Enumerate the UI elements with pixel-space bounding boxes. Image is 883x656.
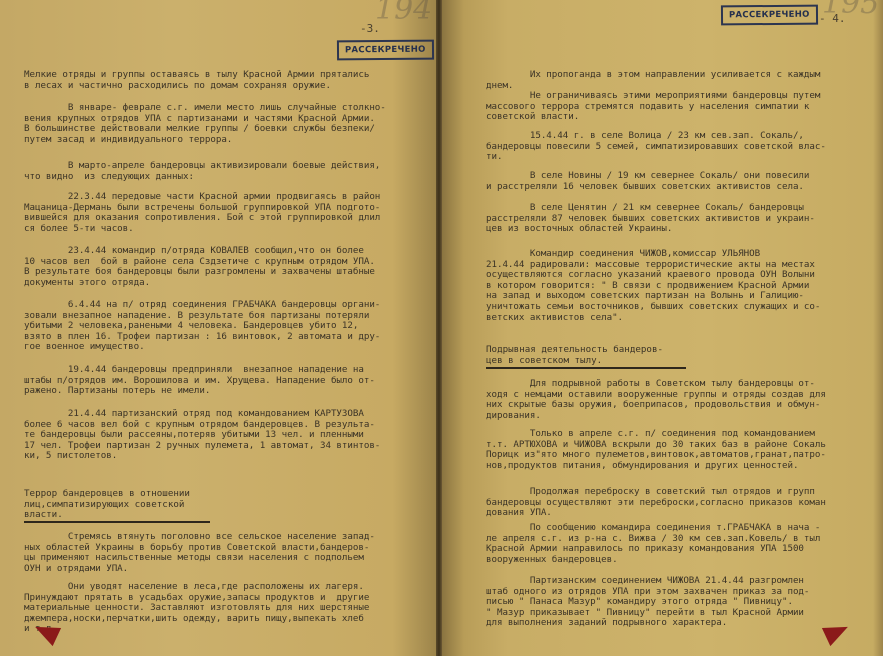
paragraph: Стремясь втянуть поголовно все сельское … xyxy=(24,532,375,574)
paragraph: В январе- феврале с.г. имели место лишь … xyxy=(24,103,386,145)
declassified-stamp: РАССЕКРЕЧЕНО xyxy=(721,5,818,26)
paragraph: 15.4.44 г. в селе Волица / 23 км сев.зап… xyxy=(486,131,826,163)
paragraph: В селе Новины / 19 км севернее Сокаль/ о… xyxy=(486,171,809,192)
paragraph: 19.4.44 бандеровцы предприняли внезапное… xyxy=(24,365,375,397)
page-number: - 4. xyxy=(819,12,846,25)
paragraph: Продолжая переброску в советский тыл отр… xyxy=(486,487,826,519)
page-4: 195 РАССЕКРЕЧЕНО - 4. Их пропоганда в эт… xyxy=(442,0,883,656)
paragraph: В марто-апреле бандеровцы активизировали… xyxy=(24,161,380,182)
paragraph: Они уводят население в леса,где располож… xyxy=(24,582,369,635)
section-heading: Подрывная деятельность бандеров- цев в с… xyxy=(486,345,663,366)
paragraph: Для подрывной работы в Советском тылу ба… xyxy=(486,379,826,421)
heading-underline xyxy=(24,521,210,523)
archive-folio-number: 194 xyxy=(375,0,432,27)
next-page-arrow-icon[interactable] xyxy=(822,618,852,646)
paragraph: В селе Ценятин / 21 км севернее Сокаль/ … xyxy=(486,203,815,235)
paragraph: Только в апреле с.г. п/ соединения под к… xyxy=(486,429,826,471)
page-3: 194 -3. РАССЕКРЕЧЕНО Мелкие отряды и гру… xyxy=(0,0,436,656)
paragraph: 23.4.44 командир п/отряда КОВАЛЕВ сообщи… xyxy=(24,246,375,288)
document-viewer: 194 -3. РАССЕКРЕЧЕНО Мелкие отряды и гру… xyxy=(0,0,883,656)
paragraph: 22.3.44 передовые части Красной армии пр… xyxy=(24,192,380,234)
declassified-stamp: РАССЕКРЕЧЕНО xyxy=(337,40,434,61)
paragraph: Их пропоганда в этом направлении усилива… xyxy=(486,70,820,123)
paragraph: 6.4.44 на п/ отряд соединения ГРАБЧАКА б… xyxy=(24,300,380,353)
paragraph: Командир соединения ЧИЖОВ,комиссар УЛЬЯН… xyxy=(486,249,820,323)
section-heading: Террор бандеровцев в отношении лиц,симпа… xyxy=(24,489,190,521)
paragraph: 21.4.44 партизанский отряд под командова… xyxy=(24,409,380,462)
paragraph: Мелкие отряды и группы оставаясь в тылу … xyxy=(24,70,369,91)
page-number: -3. xyxy=(360,22,380,35)
heading-underline xyxy=(486,367,686,369)
paragraph: Партизанским соединением ЧИЖОВА 21.4.44 … xyxy=(486,576,809,629)
paragraph: По сообщению командира соединения т.ГРАБ… xyxy=(486,523,820,565)
